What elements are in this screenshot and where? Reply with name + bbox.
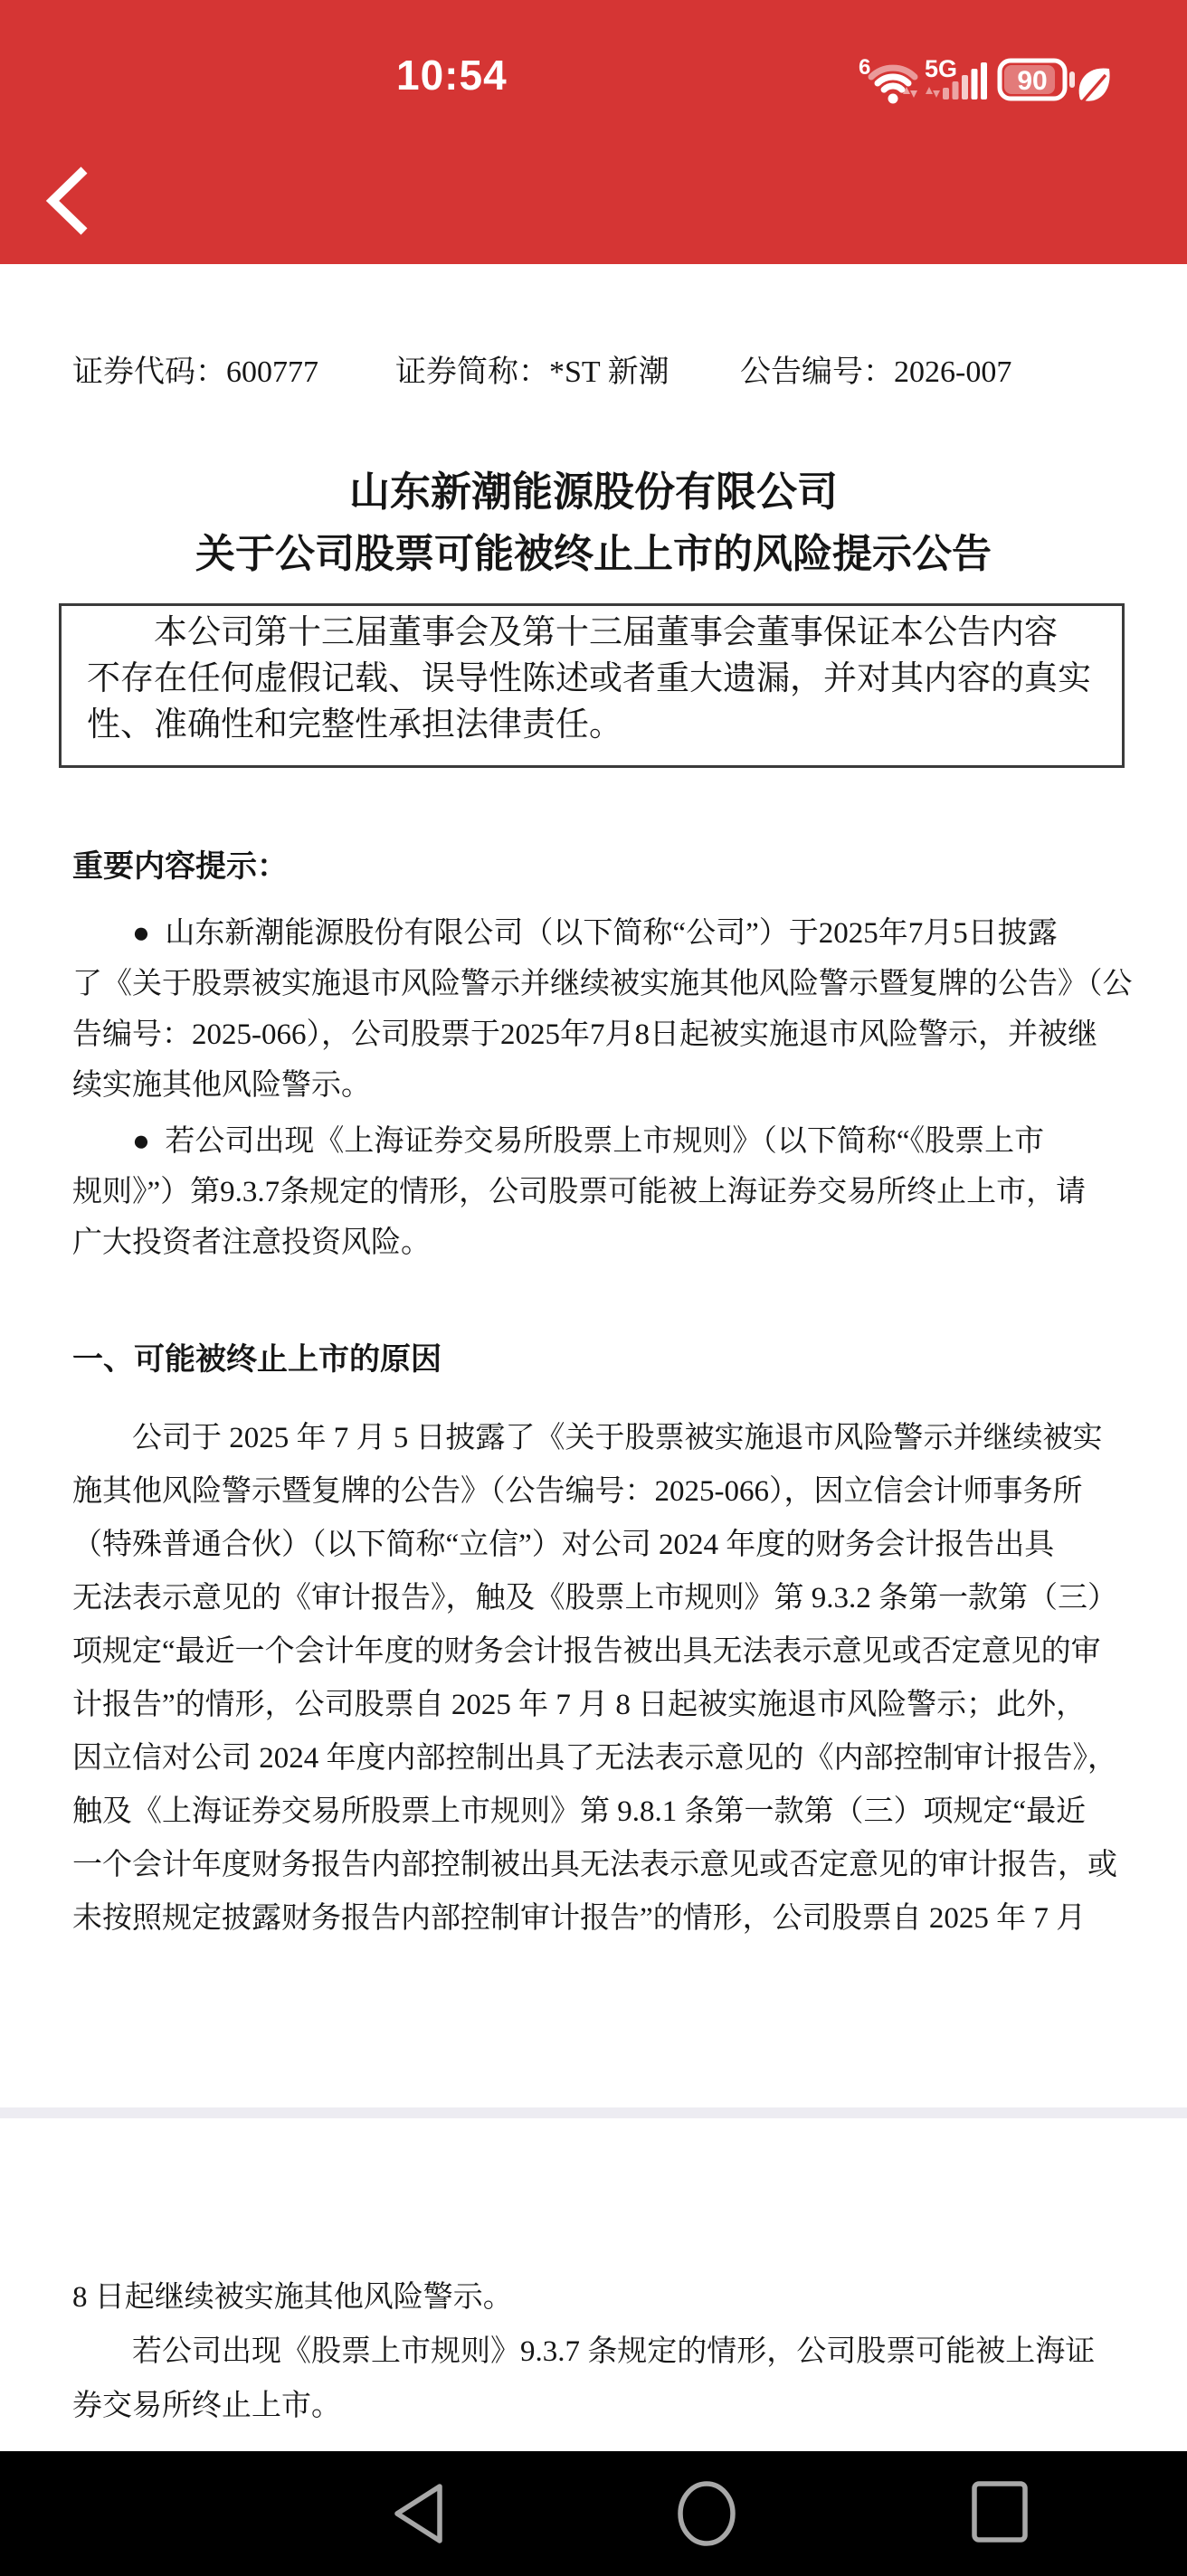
text-line: 触及《上海证券交易所股票上市规则》第 9.8.1 条第一款第（三）项规定“最近 [72, 1785, 1124, 1839]
text-line: 券交易所终止上市。 [72, 2379, 1124, 2433]
board-disclaimer-box: 本公司第十三届董事会及第十三届董事会董事保证本公告内容不存在任何虚假记载、误导性… [59, 603, 1125, 768]
eco-leaf-icon [1079, 68, 1110, 102]
text-line: 未按照规定披露财务报告内部控制审计报告”的情形，公司股票自 2025 年 7 月 [72, 1892, 1124, 1946]
text-line: 本公司第十三届董事会及第十三届董事会董事保证本公告内容 [87, 610, 1100, 656]
text-line: 告编号：2025-066），公司股票于2025年7月8日起被实施退市风险警示，并… [72, 1009, 1124, 1060]
bullet-item-termination-risk: ● 若公司出现《上海证券交易所股票上市规则》（以下简称“《股票上市规则》”）第9… [72, 1116, 1124, 1268]
text-line: 规则》”）第9.3.7条规定的情形，公司股票可能被上海证券交易所终止上市，请 [72, 1167, 1124, 1217]
text-line: ● 若公司出现《上海证券交易所股票上市规则》（以下简称“《股票上市 [72, 1116, 1124, 1167]
back-button[interactable] [41, 165, 91, 237]
section-heading-reason: 一、可能被终止上市的原因 [72, 1335, 442, 1386]
text-line: 因立信对公司 2024 年度内部控制出具了无法表示意见的《内部控制审计报告》， [72, 1732, 1124, 1785]
signal-5g-icon: 5G [925, 55, 987, 99]
text-line: ● 山东新潮能源股份有限公司（以下简称“公司”）于2025年7月5日披露 [72, 908, 1124, 959]
android-nav-bar [0, 2451, 1187, 2576]
text-line: 施其他风险警示暨复牌的公告》（公告编号：2025-066），因立信会计师事务所 [72, 1465, 1124, 1519]
company-title: 山东新潮能源股份有限公司 [0, 467, 1187, 517]
text-line: 无法表示意见的《审计报告》，触及《股票上市规则》第 9.3.2 条第一款第（三） [72, 1572, 1124, 1625]
reason-paragraph: 公司于 2025 年 7 月 5 日披露了《关于股票被实施退市风险警示并继续被实… [72, 1412, 1124, 1946]
important-notice-heading: 重要内容提示： [72, 844, 288, 891]
wifi6-icon: 6 [859, 55, 917, 104]
chevron-left-icon [52, 170, 84, 232]
text-line: 公司于 2025 年 7 月 5 日披露了《关于股票被实施退市风险警示并继续被实 [72, 1412, 1124, 1465]
text-line: 性、准确性和完整性承担法律责任。 [87, 702, 1100, 748]
text-line: 广大投资者注意投资风险。 [72, 1217, 1124, 1268]
battery-percent-text: 90 [1017, 66, 1047, 96]
security-abbr: 证券简称：*ST 新潮 [395, 346, 669, 391]
text-line: 计报告”的情形，公司股票自 2025 年 7 月 8 日起被实施退市风险警示；此… [72, 1679, 1124, 1732]
status-icons: 6 5G [855, 47, 1117, 119]
nav-recents-icon[interactable] [971, 2480, 1029, 2543]
nav-home-icon[interactable] [675, 2480, 738, 2547]
nav-back-icon[interactable] [387, 2480, 447, 2547]
security-code: 证券代码：600777 [72, 346, 318, 391]
text-line: 若公司出现《股票上市规则》9.3.7 条规定的情形，公司股票可能被上海证 [72, 2325, 1124, 2379]
status-time: 10:54 [396, 51, 541, 99]
page2-text: 8 日起继续被实施其他风险警示。 若公司出现《股票上市规则》9.3.7 条规定的… [72, 2270, 1124, 2433]
battery-icon: 90 [1000, 61, 1075, 99]
announcement-number: 公告编号：2026-007 [740, 346, 1011, 391]
announcement-viewer-screen: 10:54 6 5G [0, 0, 1187, 2576]
bullet-item-delisting-warning: ● 山东新潮能源股份有限公司（以下简称“公司”）于2025年7月5日披露了《关于… [72, 908, 1124, 1111]
text-line: 8 日起继续被实施其他风险警示。 [72, 2270, 1124, 2325]
text-line: 了《关于股票被实施退市风险警示并继续被实施其他风险警示暨复牌的公告》（公 [72, 959, 1124, 1009]
app-header: 10:54 6 5G [0, 0, 1187, 264]
text-line: 不存在任何虚假记载、误导性陈述或者重大遗漏，并对其内容的真实 [87, 656, 1100, 702]
svg-text:5G: 5G [925, 55, 957, 82]
announcement-title: 关于公司股票可能被终止上市的风险提示公告 [0, 532, 1187, 577]
text-line: 一个会计年度财务报告内部控制被出具无法表示意见或否定意见的审计报告，或 [72, 1839, 1124, 1892]
page-separator [0, 2107, 1187, 2118]
document-meta-row: 证券代码：600777 证券简称：*ST 新潮 公告编号：2026-007 [0, 346, 1187, 386]
text-line: （特殊普通合伙）（以下简称“立信”）对公司 2024 年度的财务会计报告出具 [72, 1519, 1124, 1572]
text-line: 项规定“最近一个会计年度的财务会计报告被出具无法表示意见或否定意见的审 [72, 1625, 1124, 1679]
text-line: 续实施其他风险警示。 [72, 1060, 1124, 1111]
